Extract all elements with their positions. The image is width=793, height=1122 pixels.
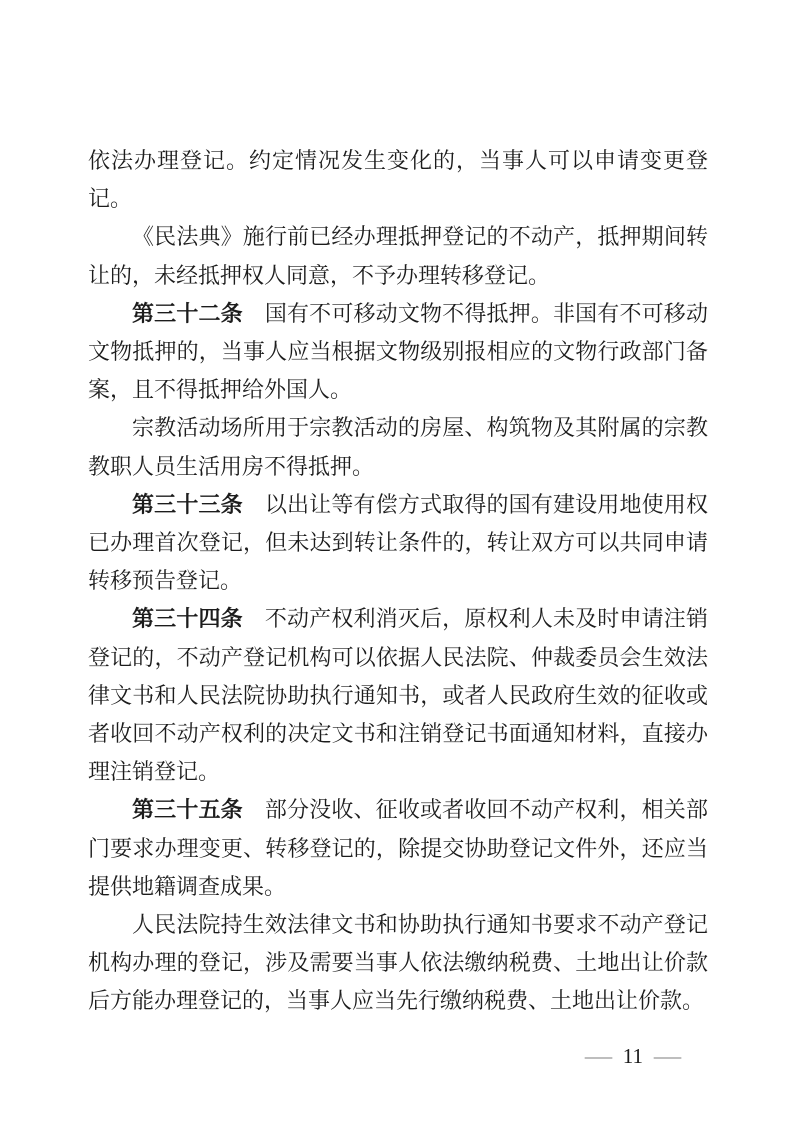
footer-dash-left: — — [585, 1043, 612, 1069]
paragraph: 依法办理登记。约定情况发生变化的，当事人可以申请变更登记。 — [88, 142, 708, 218]
paragraph-text: 人民法院持生效法律文书和协助执行通知书要求不动产登记机构办理的登记，涉及需要当事… — [88, 912, 708, 1013]
document-body: 依法办理登记。约定情况发生变化的，当事人可以申请变更登记。 《民法典》施行前已经… — [88, 142, 708, 1021]
article-number: 第三十五条 — [132, 797, 243, 822]
paragraph: 第三十五条部分没收、征收或者收回不动产权利，相关部门要求办理变更、转移登记的，除… — [88, 791, 708, 906]
paragraph-text: 不动产权利消灭后，原权利人未及时申请注销登记的，不动产登记机构可以依据人民法院、… — [88, 606, 708, 784]
footer-dash-right: — — [654, 1043, 681, 1069]
paragraph: 第三十三条以出让等有偿方式取得的国有建设用地使用权已办理首次登记，但未达到转让条… — [88, 486, 708, 601]
paragraph-text: 依法办理登记。约定情况发生变化的，当事人可以申请变更登记。 — [88, 148, 708, 211]
paragraph: 第三十四条不动产权利消灭后，原权利人未及时申请注销登记的，不动产登记机构可以依据… — [88, 600, 708, 791]
page-number: 11 — [623, 1044, 643, 1068]
paragraph: 人民法院持生效法律文书和协助执行通知书要求不动产登记机构办理的登记，涉及需要当事… — [88, 906, 708, 1021]
paragraph: 第三十二条国有不可移动文物不得抵押。非国有不可移动文物抵押的，当事人应当根据文物… — [88, 295, 708, 410]
document-page: 依法办理登记。约定情况发生变化的，当事人可以申请变更登记。 《民法典》施行前已经… — [0, 0, 793, 1122]
paragraph: 《民法典》施行前已经办理抵押登记的不动产，抵押期间转让的，未经抵押权人同意，不予… — [88, 218, 708, 294]
paragraph: 宗教活动场所用于宗教活动的房屋、构筑物及其附属的宗教教职人员生活用房不得抵押。 — [88, 409, 708, 485]
paragraph-text: 《民法典》施行前已经办理抵押登记的不动产，抵押期间转让的，未经抵押权人同意，不予… — [88, 224, 708, 287]
page-footer: —11— — [88, 1043, 708, 1069]
article-number: 第三十三条 — [132, 492, 243, 517]
article-number: 第三十二条 — [132, 301, 243, 326]
paragraph-text: 宗教活动场所用于宗教活动的房屋、构筑物及其附属的宗教教职人员生活用房不得抵押。 — [88, 415, 708, 478]
article-number: 第三十四条 — [132, 606, 243, 631]
